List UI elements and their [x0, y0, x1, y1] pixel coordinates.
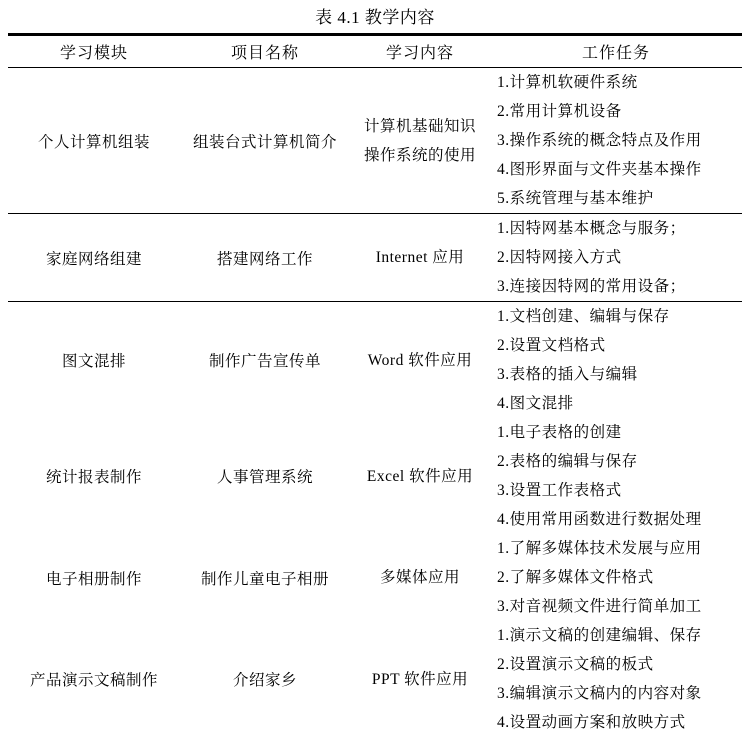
cell-tasks: 1.因特网基本概念与服务； 2.因特网接入方式 3.连接因特网的常用设备；: [490, 214, 742, 302]
task-item: 4.图形界面与文件夹基本操作: [490, 155, 742, 184]
cell-content: 计算机基础知识 操作系统的使用: [350, 68, 490, 214]
task-item: 4.使用常用函数进行数据处理: [490, 505, 742, 534]
task-item: 2.因特网接入方式: [490, 243, 742, 272]
task-item: 1.电子表格的创建: [490, 418, 742, 447]
cell-module: 电子相册制作: [8, 534, 180, 621]
document-page: 表 4.1 教学内容 学习模块 项目名称 学习内容 工作任务 个人计算机组装 组…: [0, 0, 750, 733]
task-item: 2.了解多媒体文件格式: [490, 563, 742, 592]
cell-tasks: 1.电子表格的创建 2.表格的编辑与保存 3.设置工作表格式 4.使用常用函数进…: [490, 418, 742, 534]
cell-tasks: 1.演示文稿的创建编辑、保存 2.设置演示文稿的板式 3.编辑演示文稿内的内容对…: [490, 621, 742, 733]
teaching-content-table: 学习模块 项目名称 学习内容 工作任务 个人计算机组装 组装台式计算机简介 计算…: [8, 33, 742, 733]
task-item: 1.了解多媒体技术发展与应用: [490, 534, 742, 563]
task-item: 1.计算机软硬件系统: [490, 68, 742, 97]
table-row-ppt-presentation: 产品演示文稿制作 介绍家乡 PPT 软件应用 1.演示文稿的创建编辑、保存 2.…: [8, 621, 742, 733]
task-item: 3.操作系统的概念特点及作用: [490, 126, 742, 155]
cell-project: 制作儿童电子相册: [180, 534, 350, 621]
table-row-pc-assembly: 个人计算机组装 组装台式计算机简介 计算机基础知识 操作系统的使用 1.计算机软…: [8, 68, 742, 214]
cell-project: 制作广告宣传单: [180, 302, 350, 419]
cell-content: PPT 软件应用: [350, 621, 490, 733]
content-line: 多媒体应用: [350, 563, 490, 592]
cell-project: 搭建网络工作: [180, 214, 350, 302]
task-item: 4.图文混排: [490, 389, 742, 418]
task-item: 1.因特网基本概念与服务；: [490, 214, 742, 243]
task-item: 3.设置工作表格式: [490, 476, 742, 505]
column-header-tasks: 工作任务: [490, 35, 742, 68]
cell-content: Internet 应用: [350, 214, 490, 302]
cell-module: 产品演示文稿制作: [8, 621, 180, 733]
cell-project: 组装台式计算机简介: [180, 68, 350, 214]
task-item: 3.连接因特网的常用设备；: [490, 272, 742, 301]
cell-content: Word 软件应用: [350, 302, 490, 419]
column-header-project: 项目名称: [180, 35, 350, 68]
cell-content: Excel 软件应用: [350, 418, 490, 534]
task-item: 1.文档创建、编辑与保存: [490, 302, 742, 331]
cell-content: 多媒体应用: [350, 534, 490, 621]
column-header-content: 学习内容: [350, 35, 490, 68]
content-line: Word 软件应用: [350, 346, 490, 375]
cell-module: 个人计算机组装: [8, 68, 180, 214]
task-item: 2.设置演示文稿的板式: [490, 650, 742, 679]
cell-tasks: 1.了解多媒体技术发展与应用 2.了解多媒体文件格式 3.对音视频文件进行简单加…: [490, 534, 742, 621]
cell-project: 介绍家乡: [180, 621, 350, 733]
table-row-home-network: 家庭网络组建 搭建网络工作 Internet 应用 1.因特网基本概念与服务； …: [8, 214, 742, 302]
task-item: 3.对音视频文件进行简单加工: [490, 592, 742, 621]
content-line: Excel 软件应用: [350, 462, 490, 491]
content-line: 操作系统的使用: [350, 141, 490, 170]
task-item: 4.设置动画方案和放映方式: [490, 708, 742, 733]
content-line: 计算机基础知识: [350, 112, 490, 141]
task-item: 2.表格的编辑与保存: [490, 447, 742, 476]
task-item: 3.编辑演示文稿内的内容对象: [490, 679, 742, 708]
table-row-excel-report: 统计报表制作 人事管理系统 Excel 软件应用 1.电子表格的创建 2.表格的…: [8, 418, 742, 534]
table-row-word-layout: 图文混排 制作广告宣传单 Word 软件应用 1.文档创建、编辑与保存 2.设置…: [8, 302, 742, 419]
content-line: Internet 应用: [350, 243, 490, 272]
task-item: 1.演示文稿的创建编辑、保存: [490, 621, 742, 650]
table-caption: 表 4.1 教学内容: [8, 5, 742, 31]
table-row-photo-album: 电子相册制作 制作儿童电子相册 多媒体应用 1.了解多媒体技术发展与应用 2.了…: [8, 534, 742, 621]
cell-module: 图文混排: [8, 302, 180, 419]
column-header-module: 学习模块: [8, 35, 180, 68]
task-item: 2.常用计算机设备: [490, 97, 742, 126]
task-item: 3.表格的插入与编辑: [490, 360, 742, 389]
cell-module: 统计报表制作: [8, 418, 180, 534]
task-item: 2.设置文档格式: [490, 331, 742, 360]
cell-module: 家庭网络组建: [8, 214, 180, 302]
content-line: PPT 软件应用: [350, 665, 490, 694]
header-row: 学习模块 项目名称 学习内容 工作任务: [8, 35, 742, 68]
cell-project: 人事管理系统: [180, 418, 350, 534]
task-item: 5.系统管理与基本维护: [490, 184, 742, 213]
cell-tasks: 1.文档创建、编辑与保存 2.设置文档格式 3.表格的插入与编辑 4.图文混排: [490, 302, 742, 419]
cell-tasks: 1.计算机软硬件系统 2.常用计算机设备 3.操作系统的概念特点及作用 4.图形…: [490, 68, 742, 214]
